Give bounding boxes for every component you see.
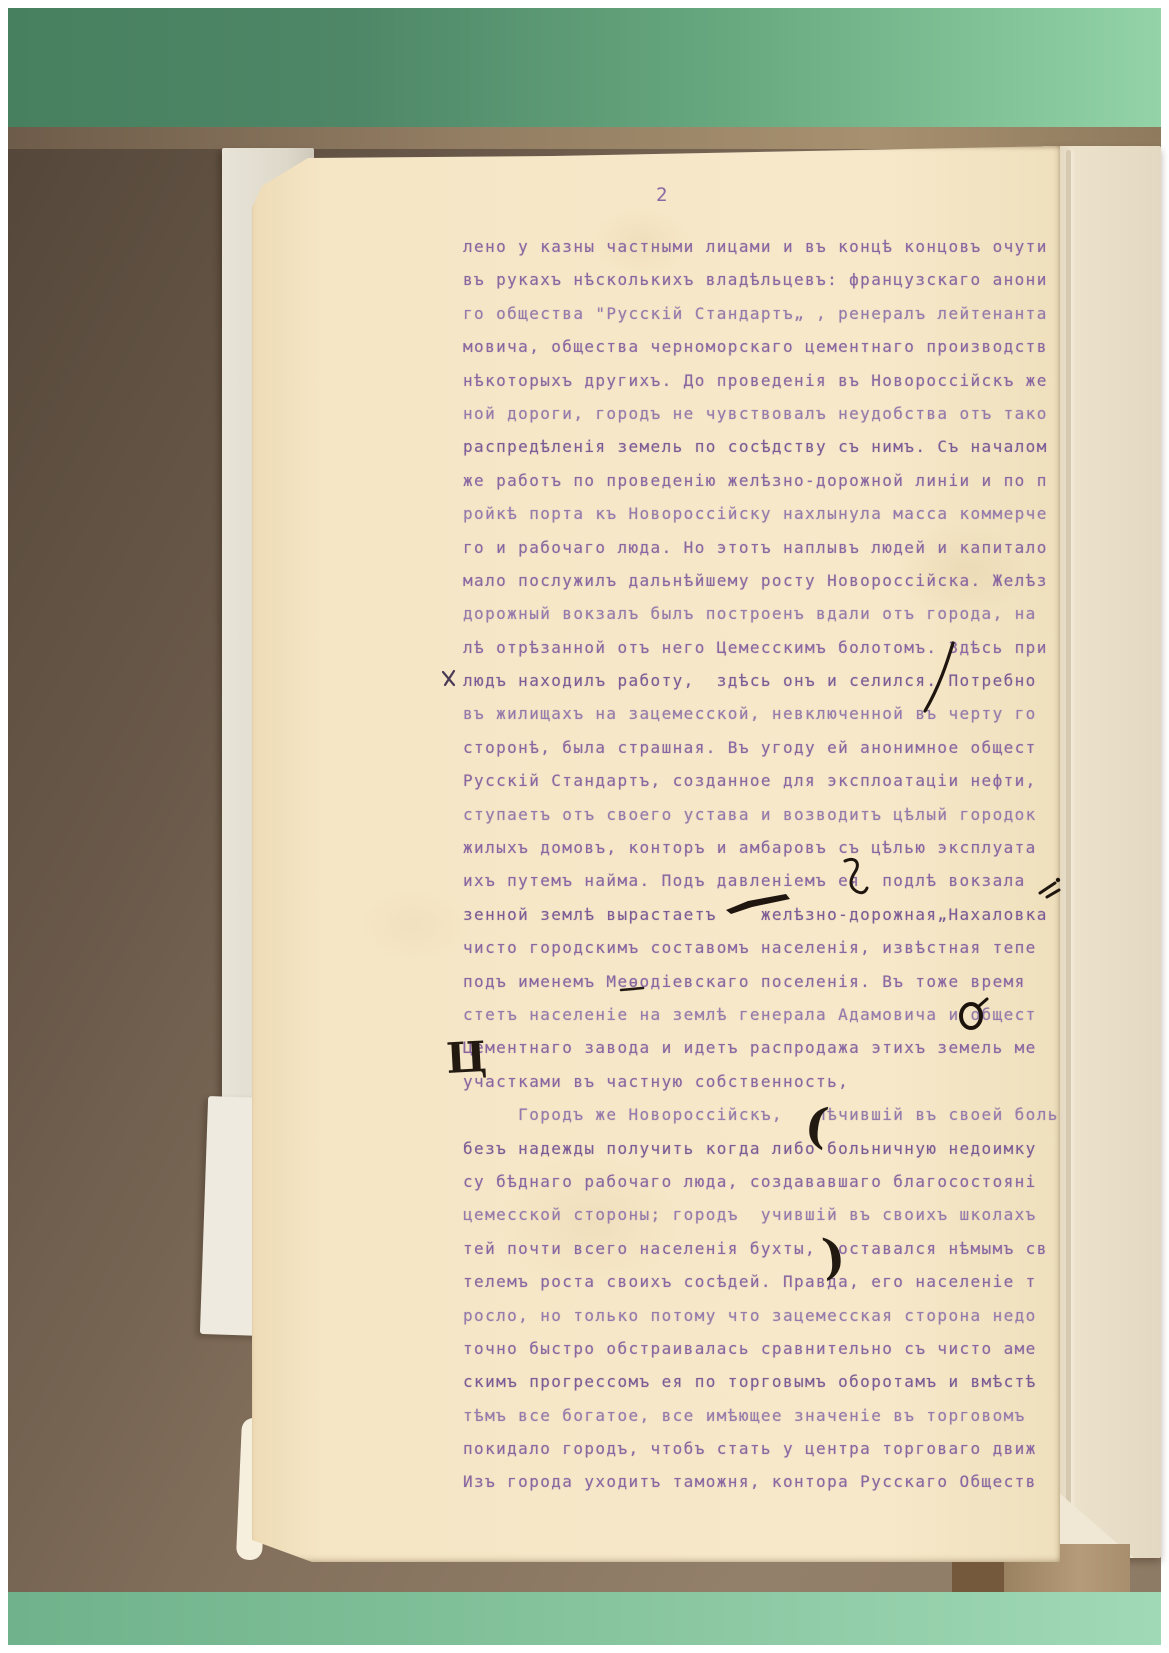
- archival-photo: 2 лено у казны частными лицами и въ конц…: [0, 0, 1169, 1653]
- typed-line: точно быстро обстраивалась сравнительно …: [463, 1332, 1103, 1365]
- typed-line: мовича, общества черноморскаго цементнаг…: [463, 330, 1103, 363]
- document-page: 2 лено у казны частными лицами и въ конц…: [252, 146, 1060, 1562]
- typed-line: су бѣднаго рабочаго люда, создававшаго б…: [463, 1165, 1103, 1198]
- typed-line: жилыхъ домовъ, конторъ и амбаровъ съ цѣл…: [463, 831, 1103, 864]
- typed-line: чисто городскимъ составомъ населенія, из…: [463, 931, 1103, 964]
- typed-line: го общества "Русскій Стандартъ„ , ренера…: [463, 297, 1103, 330]
- typed-line: въ жилищахъ на зацемесской, невключенной…: [463, 697, 1103, 730]
- typed-line: же работъ по проведенію желѣзно-дорожной…: [463, 464, 1103, 497]
- sheet-crease: [1066, 150, 1071, 1550]
- typed-line: росло, но только потому что зацемесская …: [463, 1299, 1103, 1332]
- typed-line: ной дороги, городъ не чувствовалъ неудоб…: [463, 397, 1103, 430]
- typed-line: лено у казны частными лицами и въ концѣ …: [463, 230, 1103, 263]
- typed-line: дорожный вокзалъ былъ построенъ вдали от…: [463, 597, 1103, 630]
- typed-line: телемъ роста своихъ сосѣдей. Правда, его…: [463, 1265, 1103, 1298]
- typed-line: мало послужилъ дальнѣйшему росту Новорос…: [463, 564, 1103, 597]
- typed-line: Городъ же Новороссійскъ, лѣчившій въ сво…: [463, 1098, 1103, 1131]
- typed-line: сторонѣ, была страшная. Въ угоду ей анон…: [463, 731, 1103, 764]
- typed-line: людъ находилъ работу, здѣсь онъ и селилс…: [463, 664, 1103, 697]
- typed-text-block: лено у казны частными лицами и въ концѣ …: [463, 230, 1103, 1499]
- typed-line: въ рукахъ нѣсколькихъ владѣльцевъ: франц…: [463, 263, 1103, 296]
- typed-line: ступаетъ отъ своего устава и возводитъ ц…: [463, 798, 1103, 831]
- typed-line: го и рабочаго люда. Но этотъ наплывъ люд…: [463, 531, 1103, 564]
- typed-line: Русскій Стандартъ, созданное для эксплоа…: [463, 764, 1103, 797]
- typed-line: лѣ отрѣзанной отъ него Цемесскимъ болото…: [463, 631, 1103, 664]
- typed-line: Цементнаго завода и идетъ распродажа эти…: [463, 1031, 1103, 1064]
- typed-line: тей почти всего населенія бухты, оставал…: [463, 1232, 1103, 1265]
- folder-edge: [8, 127, 1161, 149]
- typed-line: скимъ прогрессомъ ея по торговымъ оборот…: [463, 1365, 1103, 1398]
- green-backdrop-bottom: [8, 1592, 1161, 1645]
- typed-line: зенной землѣ вырастаетъ желѣзно-дорожная…: [463, 898, 1103, 931]
- typed-line: участками въ частную собственность,: [463, 1065, 1103, 1098]
- typed-line: нѣкоторыхъ другихъ. До проведенія въ Нов…: [463, 364, 1103, 397]
- typed-line: ройкѣ порта къ Новороссійску нахлынула м…: [463, 497, 1103, 530]
- typed-line: ихъ путемъ найма. Подъ давленіемъ ея под…: [463, 864, 1103, 897]
- typed-line: тѣмъ все богатое, все имѣющее значеніе в…: [463, 1399, 1103, 1432]
- typed-line: безъ надежды получить когда либо больнич…: [463, 1132, 1103, 1165]
- typed-line: цемесской стороны; городъ учившій въ сво…: [463, 1198, 1103, 1231]
- typed-line: распредѣленія земель по сосѣдству съ ним…: [463, 430, 1103, 463]
- typed-line: стетъ населеніе на землѣ генерала Адамов…: [463, 998, 1103, 1031]
- page-number: 2: [656, 184, 668, 206]
- green-backdrop-top: [8, 8, 1161, 128]
- typed-line: Изъ города уходитъ таможня, контора Русс…: [463, 1465, 1103, 1498]
- typed-line: покидало городъ, чтобъ стать у центра то…: [463, 1432, 1103, 1465]
- typed-line: подъ именемъ Меѳодіевскаго поселенія. Въ…: [463, 965, 1103, 998]
